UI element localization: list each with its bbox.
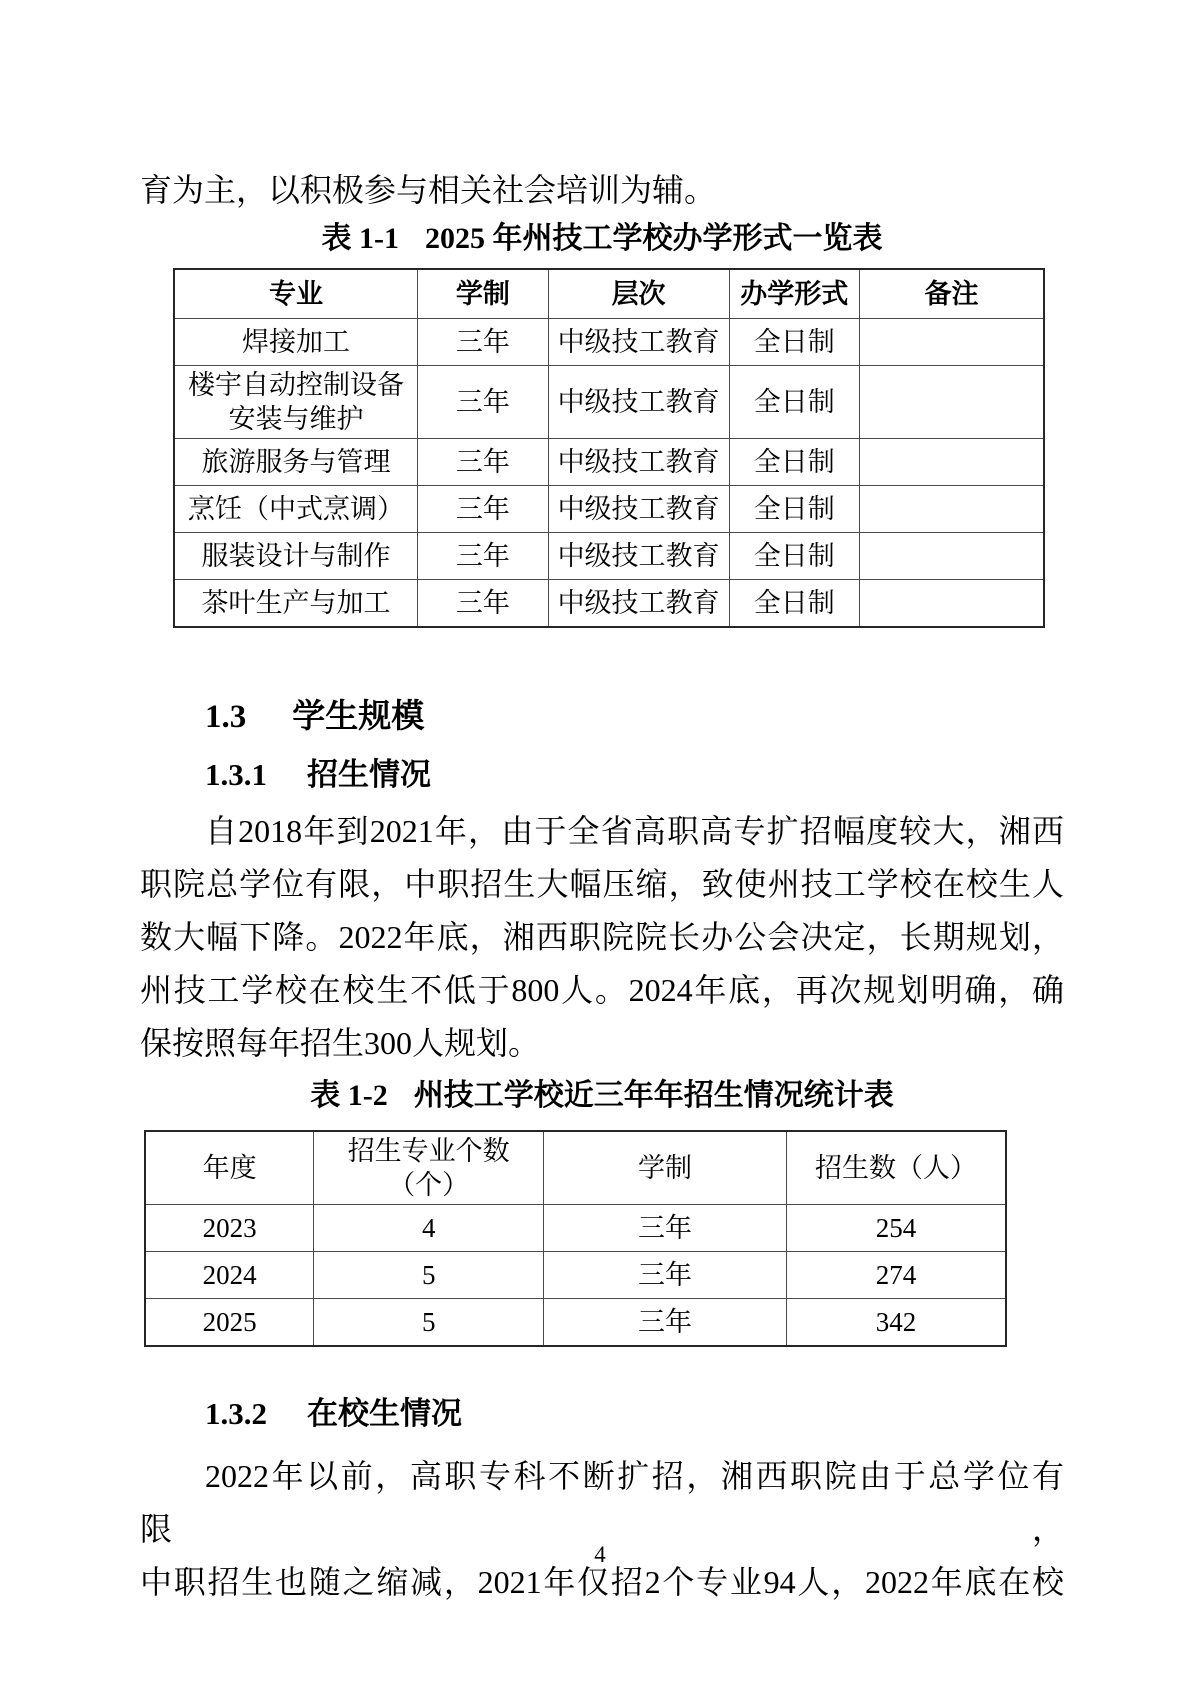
section-title: 在校生情况 [307,1396,462,1431]
table-cell [860,533,1044,580]
column-header: 专业 [174,269,418,319]
column-header: 层次 [548,269,729,319]
table2-caption: 表 1-2州技工学校近三年年招生情况统计表 [140,1078,1064,1114]
table-cell: 5 [314,1299,544,1347]
column-header: 年度 [145,1131,314,1205]
table-cell: 全日制 [729,439,860,486]
table-cell: 三年 [418,580,549,628]
table-cell: 中级技工教育 [548,486,729,533]
school-forms-table: 专业学制层次办学形式备注 焊接加工三年中级技工教育全日制楼宇自动控制设备 安装与… [173,268,1045,628]
paragraph-line: 保按照每年招生300人规划。 [140,1017,1064,1070]
column-header: 招生专业个数 （个） [314,1131,544,1205]
section-number: 1.3 [205,699,246,735]
table-cell: 全日制 [729,486,860,533]
table-cell: 三年 [544,1252,787,1299]
table-cell: 三年 [544,1205,787,1252]
section-number: 1.3.1 [205,757,267,792]
column-header: 备注 [860,269,1044,319]
paragraph-line: 职院总学位有限，中职招生大幅压缩，致使州技工学校在校生人 [140,858,1064,911]
table2-caption-title: 州技工学校近三年年招生情况统计表 [414,1079,894,1112]
table-row: 20255三年342 [145,1299,1006,1347]
table-cell: 烹饪（中式烹调） [174,486,418,533]
table1-caption: 表 1-12025 年州技工学校办学形式一览表 [140,221,1064,257]
section-title: 招生情况 [307,757,431,792]
paragraph-line: 州技工学校在校生不低于800人。2024年底，再次规划明确，确 [140,964,1064,1017]
table-cell: 全日制 [729,319,860,366]
paragraph-line: 数大幅下降。2022年底，湘西职院院长办公会决定，长期规划， [140,911,1064,964]
table-cell: 服装设计与制作 [174,533,418,580]
table-cell [860,319,1044,366]
table-row: 旅游服务与管理三年中级技工教育全日制 [174,439,1044,486]
table-cell [860,366,1044,439]
body-text-line: 育为主，以积极参与相关社会培训为辅。 [140,170,1064,210]
table-header-row: 专业学制层次办学形式备注 [174,269,1044,319]
table-cell [860,580,1044,628]
current-students-paragraph: 2022年以前，高职专科不断扩招，湘西职院由于总学位有限， 中职招生也随之缩减，… [140,1450,1064,1609]
table-cell: 342 [786,1299,1006,1347]
table1-caption-title: 2025 年州技工学校办学形式一览表 [425,222,883,255]
table-cell [860,439,1044,486]
section-heading-1-3-1: 1.3.1招生情况 [205,749,431,794]
section-title: 学生规模 [292,699,424,735]
page-number: 4 [0,1542,1200,1568]
table-cell: 三年 [418,533,549,580]
table-cell: 2024 [145,1252,314,1299]
paragraph-line: 自2018年到2021年，由于全省高职高专扩招幅度较大，湘西 [140,805,1064,858]
section-heading-1-3: 1.3学生规模 [205,690,424,737]
table2-caption-label: 表 1-2 [310,1079,388,1112]
table-cell: 2025 [145,1299,314,1347]
table-cell: 4 [314,1205,544,1252]
table-cell: 旅游服务与管理 [174,439,418,486]
table-cell: 中级技工教育 [548,366,729,439]
table-row: 茶叶生产与加工三年中级技工教育全日制 [174,580,1044,628]
table-cell: 全日制 [729,366,860,439]
table-cell: 三年 [418,486,549,533]
table-cell: 楼宇自动控制设备 安装与维护 [174,366,418,439]
table-cell: 5 [314,1252,544,1299]
table-row: 楼宇自动控制设备 安装与维护三年中级技工教育全日制 [174,366,1044,439]
table-cell: 三年 [544,1299,787,1347]
column-header: 学制 [418,269,549,319]
table-cell: 全日制 [729,533,860,580]
table-cell: 274 [786,1252,1006,1299]
section-heading-1-3-2: 1.3.2在校生情况 [205,1388,462,1433]
paragraph-line: 2022年以前，高职专科不断扩招，湘西职院由于总学位有限， [140,1450,1064,1556]
column-header: 招生数（人） [786,1131,1006,1205]
table-cell: 三年 [418,366,549,439]
table-cell: 焊接加工 [174,319,418,366]
table-row: 烹饪（中式烹调）三年中级技工教育全日制 [174,486,1044,533]
table-row: 焊接加工三年中级技工教育全日制 [174,319,1044,366]
document-page: 育为主，以积极参与相关社会培训为辅。 表 1-12025 年州技工学校办学形式一… [0,0,1200,1698]
column-header: 办学形式 [729,269,860,319]
enrollment-paragraph: 自2018年到2021年，由于全省高职高专扩招幅度较大，湘西 职院总学位有限，中… [140,805,1064,1070]
table-cell: 中级技工教育 [548,580,729,628]
table-row: 20245三年274 [145,1252,1006,1299]
table-row: 20234三年254 [145,1205,1006,1252]
table-cell: 254 [786,1205,1006,1252]
table-cell: 中级技工教育 [548,439,729,486]
table-cell: 中级技工教育 [548,533,729,580]
table-row: 服装设计与制作三年中级技工教育全日制 [174,533,1044,580]
enrollment-stats-table: 年度招生专业个数 （个）学制招生数（人） 20234三年25420245三年27… [144,1130,1007,1347]
section-number: 1.3.2 [205,1396,267,1431]
table-header-row: 年度招生专业个数 （个）学制招生数（人） [145,1131,1006,1205]
table-cell: 中级技工教育 [548,319,729,366]
table-cell: 三年 [418,319,549,366]
column-header: 学制 [544,1131,787,1205]
table-cell: 2023 [145,1205,314,1252]
table-cell: 茶叶生产与加工 [174,580,418,628]
table1-caption-label: 表 1-1 [322,222,400,255]
table-cell: 全日制 [729,580,860,628]
table-cell: 三年 [418,439,549,486]
table-cell [860,486,1044,533]
